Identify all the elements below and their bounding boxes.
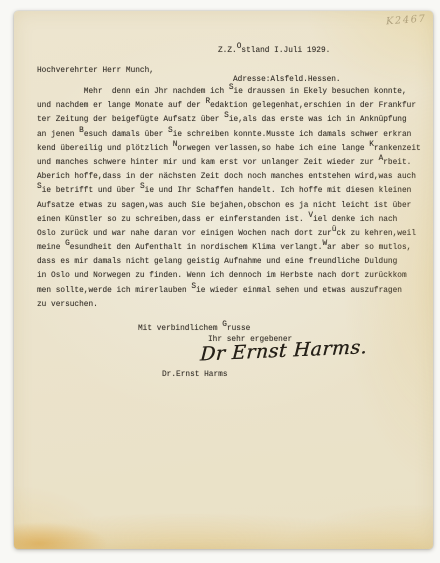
letter-page: K2467 Z.Z.Ostland I.Juli 1929. Adresse:A…: [14, 11, 433, 549]
letter-line: Sie betrifft und über Sie und Ihr Schaff…: [37, 184, 432, 198]
letter-line: dass es mir damals nicht gelang geistig …: [37, 255, 432, 269]
letter-line: und nachdem er lange Monate auf der Reda…: [37, 99, 432, 113]
closing-phrase: Mit verbindlichem Grusse: [138, 325, 250, 333]
letter-line: kend übereilig und plötzlich Norwegen ve…: [37, 142, 432, 156]
letter-line: in Oslo und Norwegen zu finden. Wenn ich…: [37, 269, 432, 283]
letter-line: Aufsatze etwas zu sagen,was auch Sie bej…: [37, 199, 432, 213]
letter-line: men sollte,werde ich mirerlauben Sie wie…: [37, 284, 432, 298]
letter-line: und manches schwere hinter mir und kam e…: [37, 156, 432, 170]
dateline: Z.Z.Ostland I.Juli 1929.: [218, 47, 341, 57]
letter-line: Mehr denn ein Jhr nachdem ich Sie drauss…: [37, 85, 432, 99]
letter-body: Mehr denn ein Jhr nachdem ich Sie drauss…: [37, 85, 432, 312]
letter-line: zu versuchen.: [37, 298, 432, 312]
letter-line: meine Gesundheit den Aufenthalt in nordi…: [37, 241, 432, 255]
salutation: Hochverehrter Herr Munch,: [37, 67, 154, 75]
letter-line: Oslo zurück und war nahe daran vor einig…: [37, 227, 432, 241]
letter-line: ter Zeitung der beigefügte Aufsatz über …: [37, 113, 432, 127]
letter-line: einen Künstler so zu schreiben,dass er e…: [37, 213, 432, 227]
archival-number: K2467: [386, 14, 427, 28]
typed-signature: Dr.Ernst Harms: [162, 371, 228, 379]
scan-background: K2467 Z.Z.Ostland I.Juli 1929. Adresse:A…: [0, 0, 440, 563]
letter-line: Aberich hoffe,dass in der nächsten Zeit …: [37, 170, 432, 184]
